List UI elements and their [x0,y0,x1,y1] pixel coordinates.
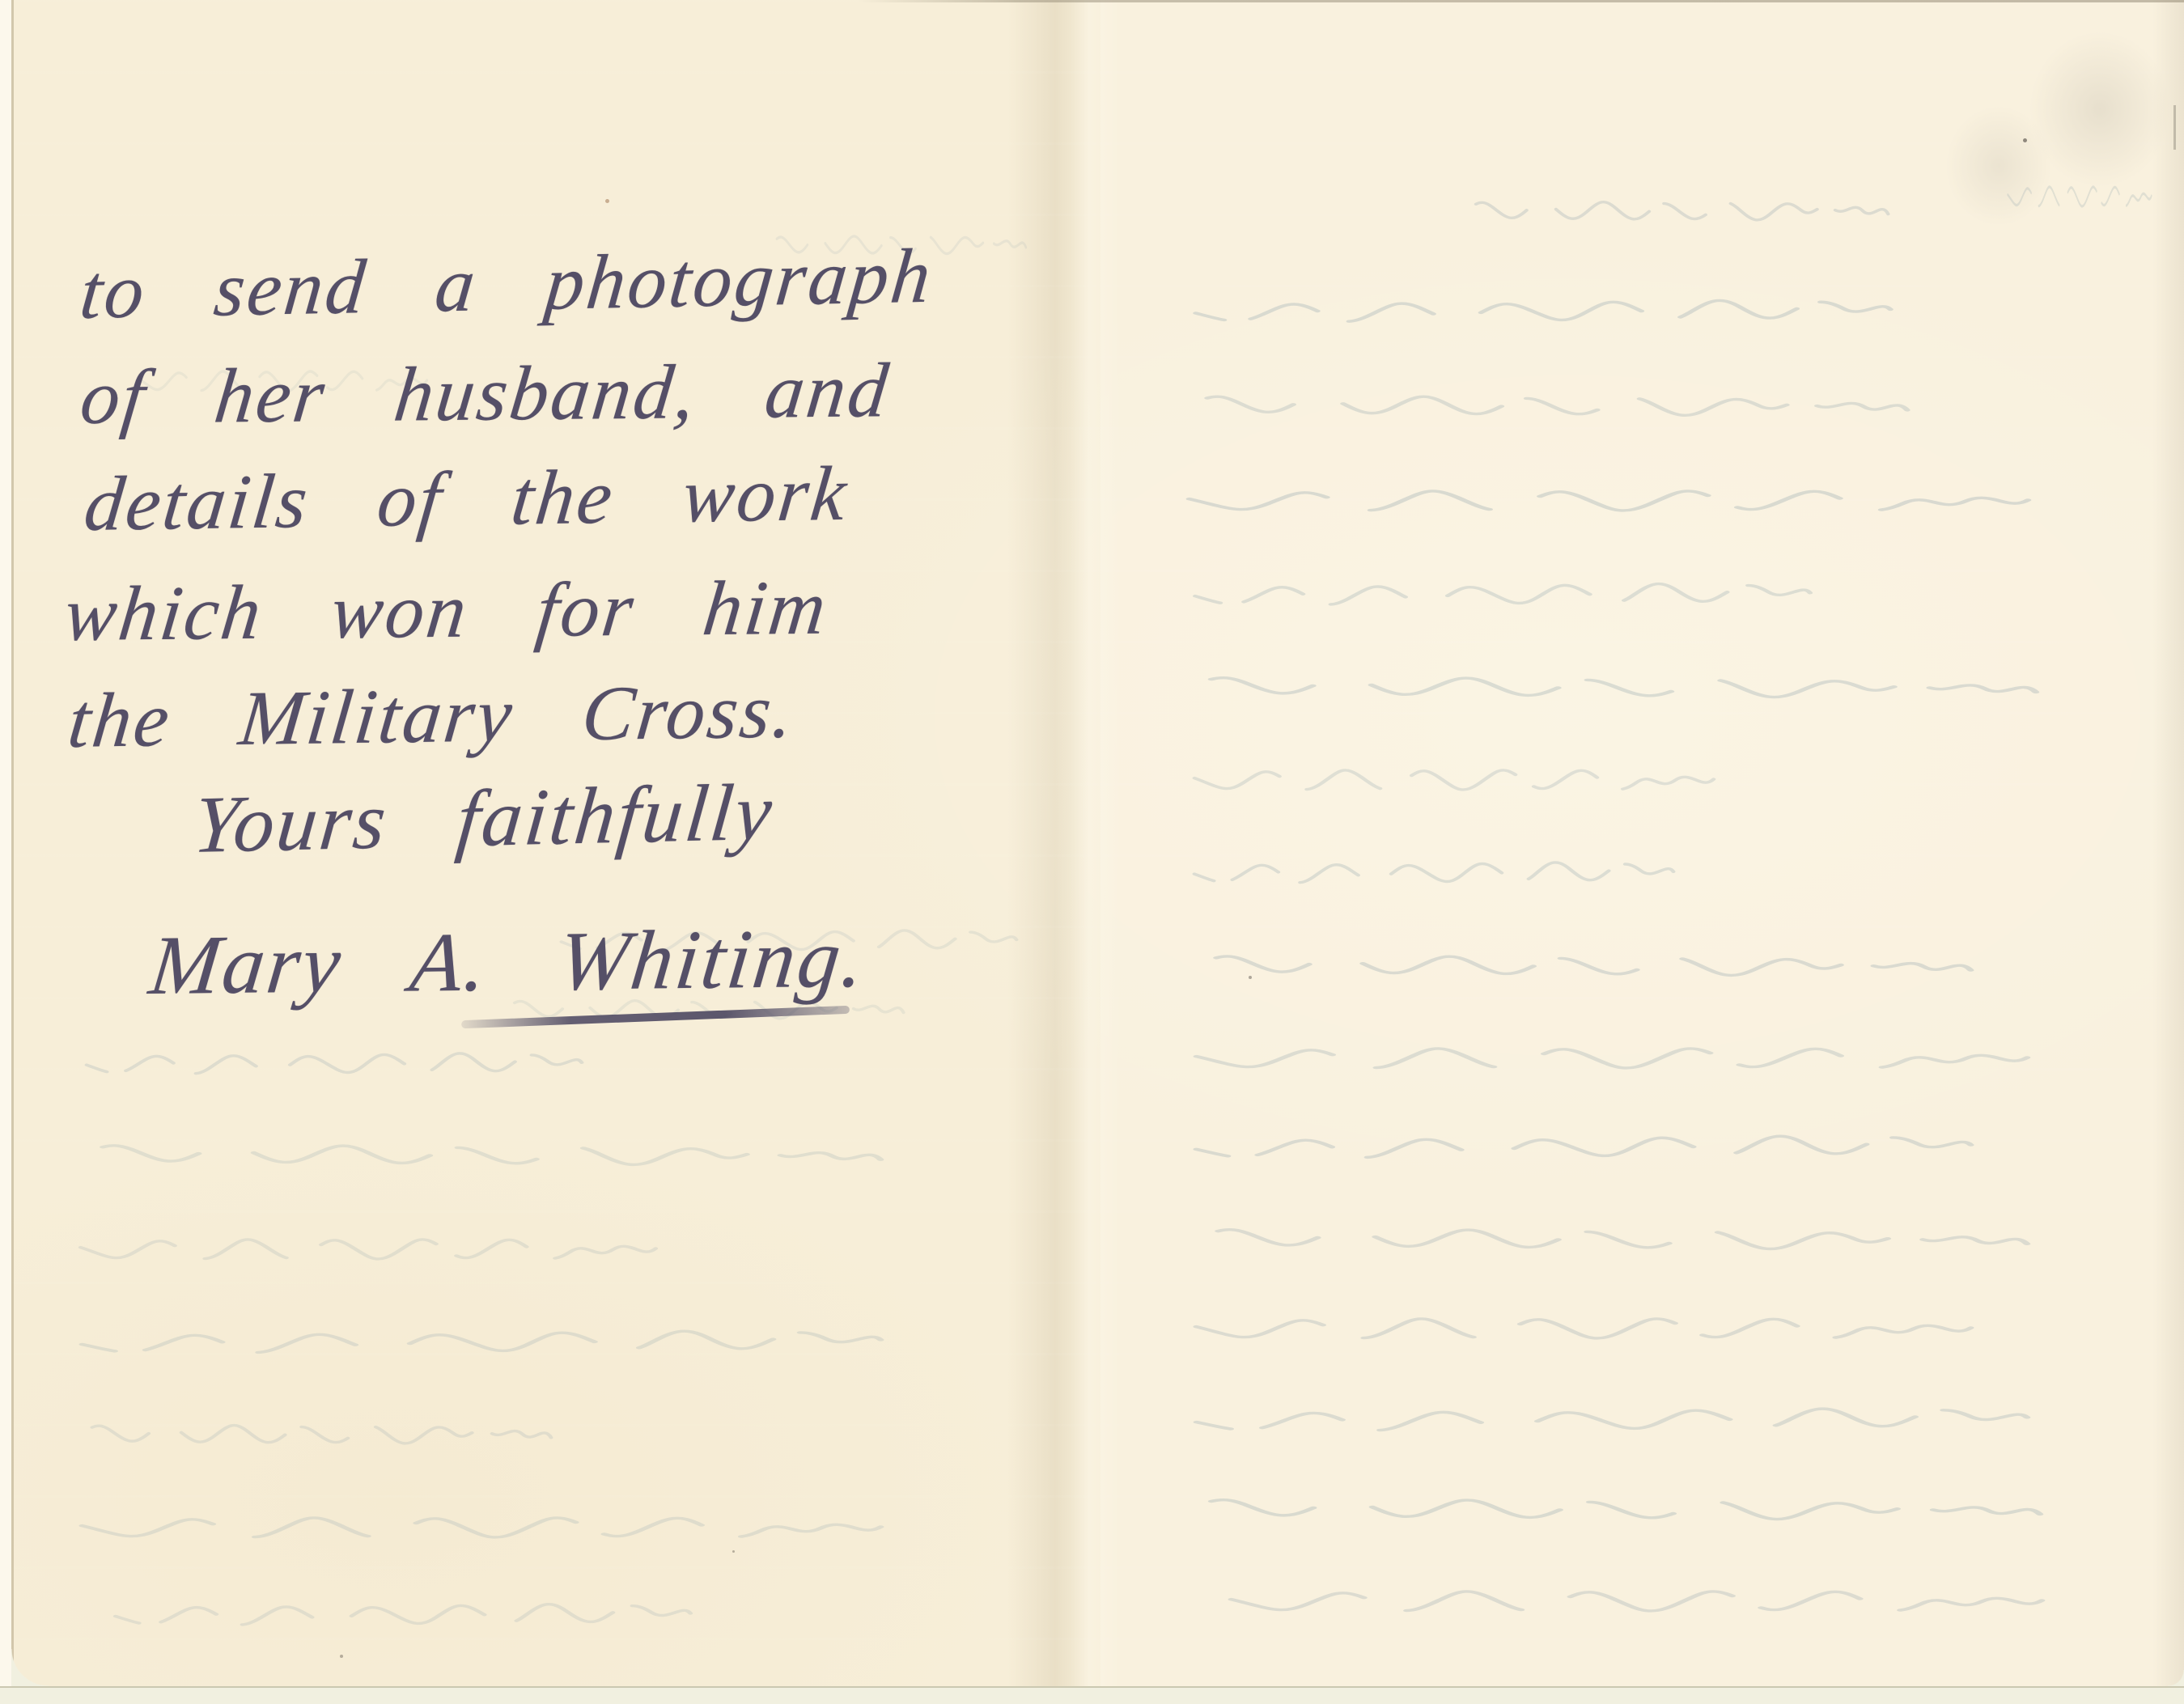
handwriting-line: the Military Cross. [65,672,799,760]
squiggle-stroke [1191,1401,2033,1434]
ink-show-through-line [1191,1401,2033,1434]
ink-show-through-line [1191,293,1895,325]
ink-show-through-line [1191,1220,2033,1253]
handwriting-line: of her husband, and [77,351,894,436]
ink-show-through-line [1191,947,1976,981]
paper-speck [732,1550,735,1553]
page-edge-line [11,0,14,1704]
smudge-mark [1938,97,2059,235]
squiggle-stroke [1184,485,2033,512]
squiggle-stroke [112,1596,694,1628]
under-page-strip [0,1686,2184,1704]
squiggle-stroke [1191,576,1814,608]
squiggle-stroke [1191,947,1976,981]
ink-show-through-line [1191,1129,1976,1162]
paper-nick [2173,105,2176,150]
squiggle-stroke [1191,1042,2033,1070]
ink-show-through-line [77,1137,886,1170]
rounded-corner [11,1649,49,1686]
paper-speck [1249,976,1252,979]
signature: Mary A. Whiting. [146,917,871,1008]
handwriting-line: details of the work [81,455,852,543]
squiggle-stroke [77,1233,659,1261]
squiggle-stroke [1191,764,1717,791]
paper-speck [2023,138,2027,142]
ink-show-through-line [1226,1585,2047,1613]
squiggle-stroke [1191,1312,1976,1340]
page-edge-top [858,0,2184,2]
squiggle-stroke [83,1046,585,1077]
ink-show-through-line [1184,485,2033,512]
squiggle-stroke [1191,1220,2033,1253]
squiggle-stroke [77,1417,554,1448]
handwriting-line: which won for him [61,569,832,653]
squiggle-stroke [1226,1585,2047,1613]
ink-show-through-line [83,1046,585,1077]
page-edge-left [0,0,11,1704]
squiggle-stroke [77,1137,886,1170]
squiggle-stroke [1191,855,1677,886]
paper-speck [340,1655,343,1658]
squiggle-stroke [1462,193,1891,224]
ink-show-through-line [1191,1312,1976,1340]
ink-show-through-line [1191,764,1717,791]
squiggle-stroke [1191,1129,1976,1162]
letter-scan: to send a photograph of her husband, and… [0,0,2184,1704]
ink-show-through-line [77,1511,886,1539]
squiggle-stroke [2007,180,2152,208]
ink-show-through-line [77,1417,554,1448]
squiggle-stroke [1191,293,1895,325]
squiggle-stroke [1184,388,1912,420]
ink-show-through-line [112,1596,694,1628]
valediction: Yours faithfully [190,771,778,866]
ink-show-through-line [77,1324,886,1357]
ink-show-through-line [1184,388,1912,420]
ink-show-through-line [1462,193,1891,224]
ink-show-through-line [1191,855,1677,886]
ink-show-through-line [2007,180,2152,208]
ink-show-through-line [1191,576,1814,608]
squiggle-stroke [77,1324,886,1357]
handwriting-line: to send a photograph [77,237,936,331]
ink-show-through-line [1191,1042,2033,1070]
paper-speck [605,199,609,203]
rounded-corner [2168,1670,2184,1686]
page-edge-right [2152,0,2184,1704]
squiggle-stroke [77,1511,886,1539]
ink-show-through-line [77,1233,659,1261]
